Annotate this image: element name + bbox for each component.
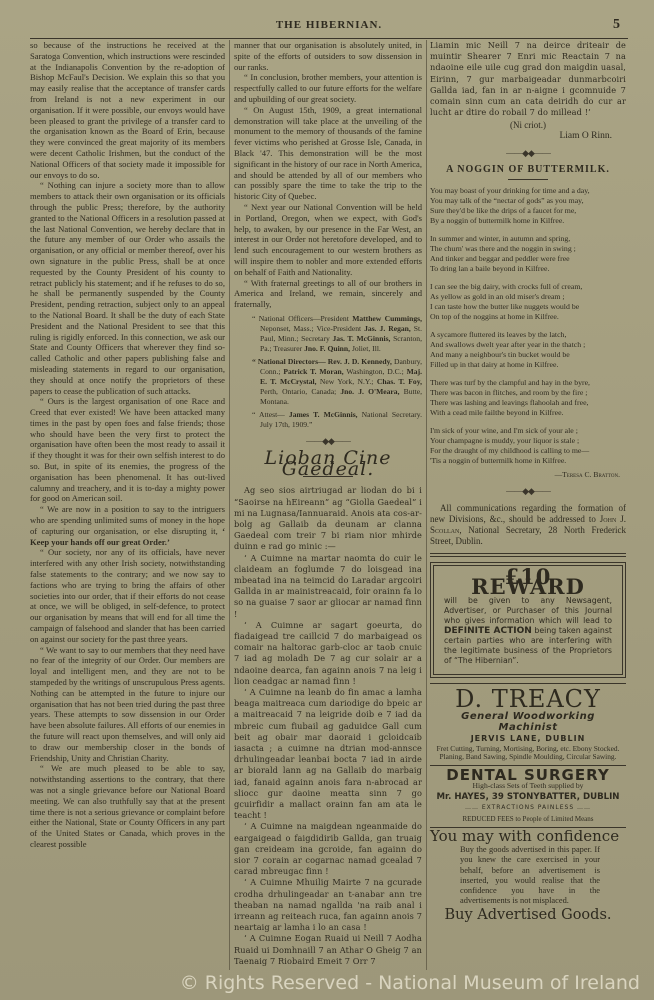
newspaper-page: THE HIBERNIAN. 5 so because of the instr… [0,0,654,1000]
national-officers: “ National Officers—President Matthew Cu… [260,314,422,354]
gaelic-paragraph: Liamin mic Neill 7 na deirce driteair de… [430,40,626,118]
dental-advertisement: DENTAL SURGERY High-class Sets of Teeth … [430,770,626,828]
reward-headline: £10 REWARD [444,572,612,592]
gaelic-author: Liam O Rinn. [430,131,612,142]
communications-notice: All communications regarding the formati… [430,503,626,547]
article-paragraph: manner that our organisation is absolute… [234,40,422,72]
gaelic-paragraph: ‘ A Cuimne Eogan Ruaid ui Neill 7 Aodha … [234,933,422,967]
article-paragraph: “ With fraternal greetings to all of our… [234,278,422,310]
article-paragraph: “ Our society, nor any of its officials,… [30,547,225,644]
article-paragraph: “ In conclusion, brother members, your a… [234,72,422,104]
poem-stanza: There was turf by the clampful and hay i… [430,378,626,418]
poem-stanza: You may boast of your drinking for time … [430,186,626,226]
gaelic-article-body: Ag seo sios airtriugad ar liodan do bi i… [234,485,422,967]
ornament-separator: ——◆◆—— [430,486,626,497]
gaelic-article-title: Lioban Cine Gaedeal. [234,453,422,475]
gaelic-paragraph: ‘ A Cuimne Mhuilig Mairte 7 na gcurade c… [234,877,422,933]
officers-list: “ National Officers—President Matthew Cu… [252,314,422,430]
article-paragraph: “ On August 15th, 1909, a great internat… [234,105,422,202]
article-paragraph: “ Nothing can injure a society more than… [30,180,225,396]
masthead-title: THE HIBERNIAN. [30,19,628,31]
page-header: THE HIBERNIAN. 5 [30,14,628,39]
poem-title: A NOGGIN OF BUTTERMILK. [430,165,626,176]
column-divider [426,40,427,970]
column-3: Liamin mic Neill 7 na deirce driteair de… [430,40,626,921]
poem-stanza: I can see the big dairy, with crocks ful… [430,282,626,322]
ornament-separator: ——◆◆—— [234,436,422,447]
reward-advertisement: £10 REWARD will be given to any Newsagen… [433,565,623,675]
article-paragraph: “ We want to say to our members that the… [30,645,225,764]
gaelic-paragraph: ‘ A Cuimne na leanb do fin amac a lamha … [234,687,422,821]
treacy-advertisement: D. TREACY General Woodworking Machinist … [430,686,626,766]
poem-stanza: In summer and winter, in autumn and spri… [430,234,626,274]
article-paragraph: “ We are now in a position to say to the… [30,504,225,547]
gaelic-paragraph: ‘ A Cuimne na martar naomta do cuir le c… [234,553,422,620]
article-paragraph: “ We are much pleased to be able to say,… [30,763,225,849]
gaelic-paragraph: ‘ A Cuimne ar sagart goeurta, do fiadaig… [234,620,422,687]
column-divider [229,40,230,970]
national-directors: “ National Directors— Rev. J. D. Kennedy… [260,357,422,407]
gaelic-paragraph: Ag seo sios airtriugad ar liodan do bi i… [234,485,422,552]
ad-rule [430,683,626,684]
column-1: so because of the instructions he receiv… [30,40,225,850]
ornament-separator: ——◆◆—— [430,148,626,159]
column-2: manner that our organisation is absolute… [234,40,422,967]
poem-author: —Teresa C. Bratton. [430,470,620,481]
gaelic-article-continued: Liamin mic Neill 7 na deirce driteair de… [430,40,626,118]
article-paragraph: so because of the instructions he receiv… [30,40,225,180]
title-rule [508,179,548,180]
article-paragraph: “ Next year our National Convention will… [234,202,422,278]
poem-stanza: I'm sick of your wine, and I'm sick of y… [430,426,626,466]
poem: You may boast of your drinking for time … [430,186,626,466]
gaelic-paragraph: ‘ A Cuimne na maigdean ngeanmaide do ear… [234,821,422,877]
to-be-continued: (Ni criot.) [430,120,626,131]
double-rule [430,553,626,557]
attest: “ Attest— James T. McGinnis, National Se… [260,410,422,430]
page-number: 5 [613,17,620,33]
confidence-advertisement: You may with confidence Buy the goods ad… [430,831,626,921]
copyright-watermark: © Rights Reserved - National Museum of I… [0,972,654,994]
poem-stanza: A sycamore fluttered its leaves by the l… [430,330,626,370]
article-paragraph: “ Ours is the largest organisation of on… [30,396,225,504]
